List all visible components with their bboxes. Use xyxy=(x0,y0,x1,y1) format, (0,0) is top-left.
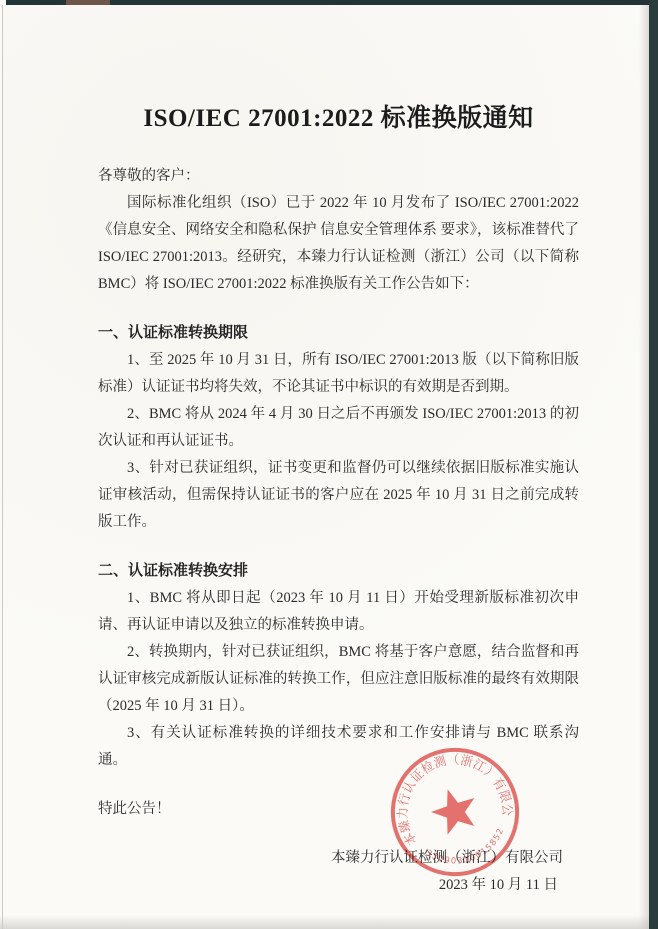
document-body: ISO/IEC 27001:2022 标准换版通知 各尊敬的客户： 国际标准化组… xyxy=(3,5,649,899)
section-2-heading: 二、认证标准转换安排 xyxy=(98,558,579,585)
notice-document: ISO/IEC 27001:2022 标准换版通知 各尊敬的客户： 国际标准化组… xyxy=(3,5,649,929)
section-2-item-2: 2、转换期内，针对已获证组织，BMC 将基于客户意愿，结合监督和再认证审核完成新… xyxy=(98,639,579,720)
section-1-item-3: 3、针对已获证组织，证书变更和监督仍可以继续依据旧版标准实施认证审核活动，但需保… xyxy=(98,455,579,536)
document-title: ISO/IEC 27001:2022 标准换版通知 xyxy=(98,101,579,137)
paper-bottom-shadow xyxy=(0,915,649,929)
greeting-line: 各尊敬的客户： xyxy=(98,163,579,190)
signature-block: 本臻力行认证检测（浙江）有限公司 2023 年 10 月 11 日 xyxy=(98,845,579,899)
paper-left-edge-line xyxy=(2,5,3,929)
section-2-item-3: 3、有关认证标准转换的详细技术要求和工作安排请与 BMC 联系沟通。 xyxy=(98,720,579,774)
scanned-page: ISO/IEC 27001:2022 标准换版通知 各尊敬的客户： 国际标准化组… xyxy=(0,0,658,929)
signature-date: 2023 年 10 月 11 日 xyxy=(98,872,579,899)
intro-paragraph: 国际标准化组织（ISO）已于 2022 年 10 月发布了 ISO/IEC 27… xyxy=(98,190,579,298)
section-1-item-2: 2、BMC 将从 2024 年 4 月 30 日之后不再颁发 ISO/IEC 2… xyxy=(98,401,579,455)
section-2-item-1: 1、BMC 将从即日起（2023 年 10 月 11 日）开始受理新版标准初次申… xyxy=(98,585,579,639)
paper-right-shadow xyxy=(639,5,649,929)
section-1-heading: 一、认证标准转换期限 xyxy=(98,320,579,347)
scan-edge-notch xyxy=(66,0,110,5)
section-1-item-1: 1、至 2025 年 10 月 31 日，所有 ISO/IEC 27001:20… xyxy=(98,347,579,401)
closing-line: 特此公告！ xyxy=(98,796,579,823)
signature-company: 本臻力行认证检测（浙江）有限公司 xyxy=(98,845,579,872)
scan-edge-right xyxy=(649,0,658,929)
